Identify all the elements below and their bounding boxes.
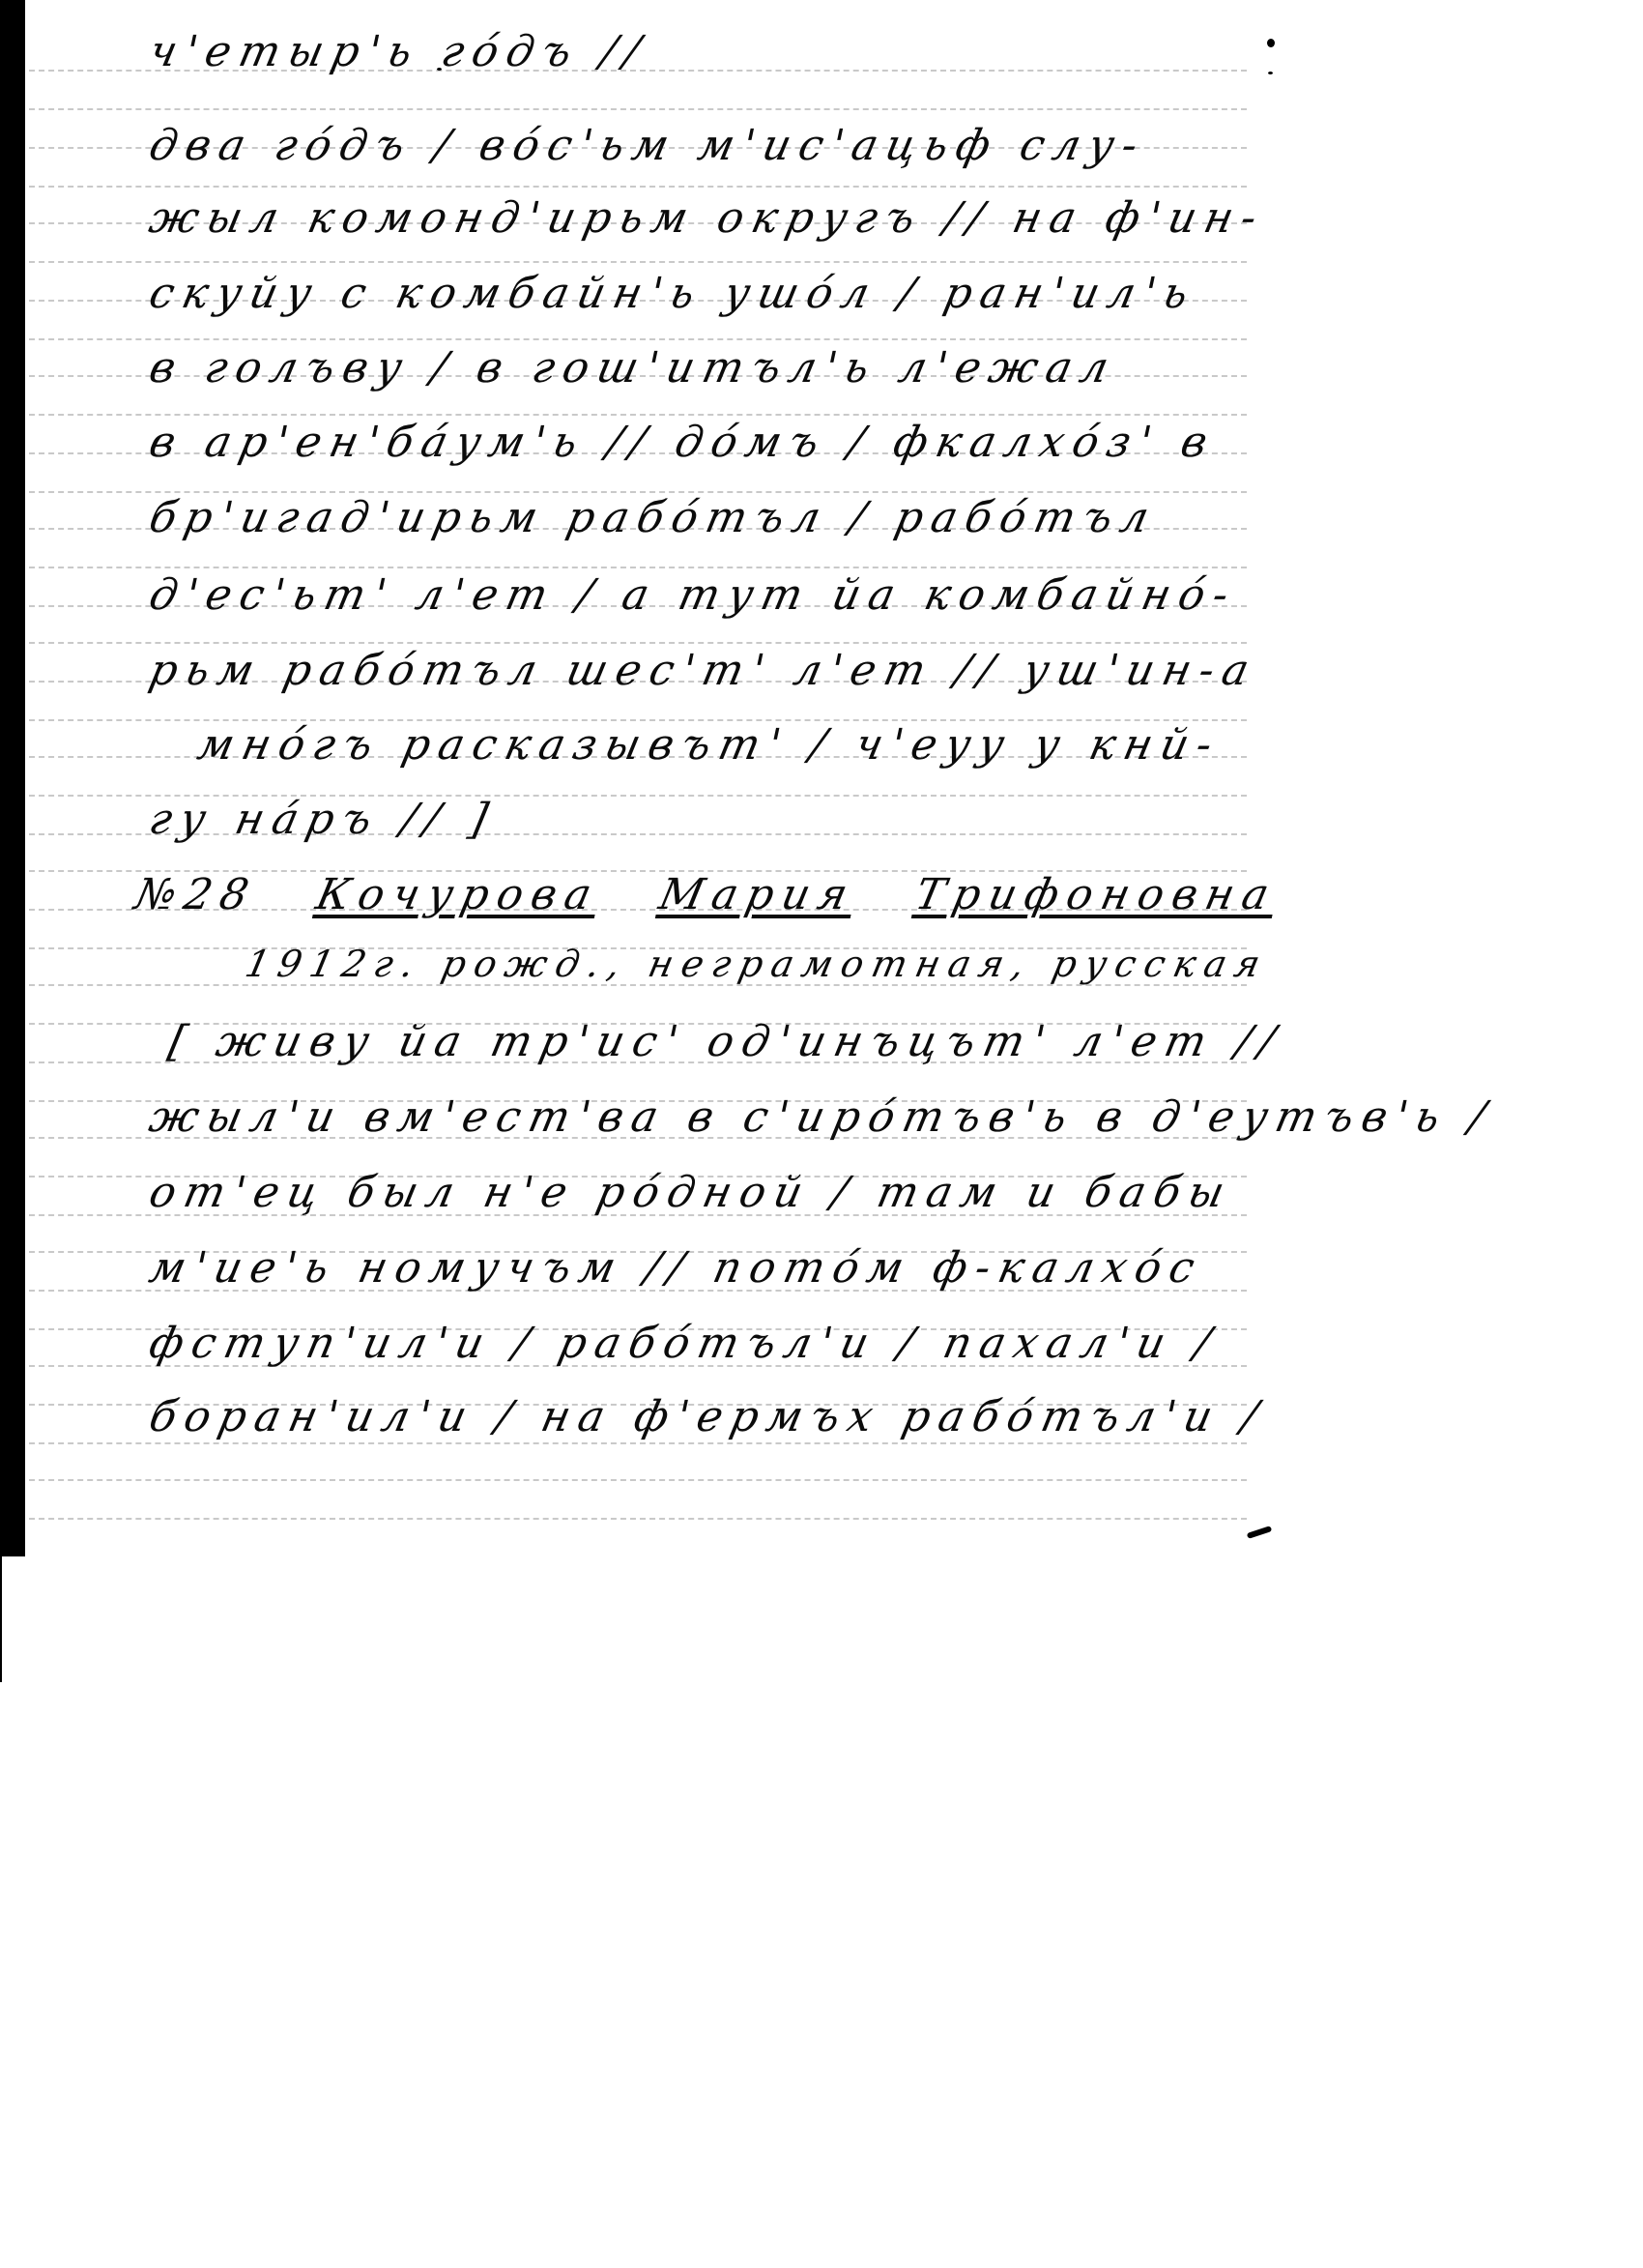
- informant-surname: Кочурова: [312, 870, 605, 919]
- handwritten-line: рьм рабóтъл шес'т' л'ет // уш'ин-а: [145, 646, 1262, 695]
- handwritten-line: скуйу с комбайн'ь ушóл / ран'ил'ь: [145, 269, 1201, 318]
- handwritten-line: мнóгъ расказывът' / ч'еуу у кнй-: [193, 720, 1225, 770]
- handwritten-line: м'ие'ь номучъм // потóм ф-калхóс: [145, 1243, 1207, 1293]
- scan-speck: [437, 68, 442, 71]
- ruled-line: [29, 108, 1247, 110]
- pen-stroke-mark: [1247, 1526, 1273, 1539]
- ruled-line: [29, 338, 1247, 340]
- entry-heading: №28 Кочурова Мария Трифоновна: [130, 870, 1282, 919]
- ruled-line: [29, 261, 1247, 263]
- handwritten-line: боран'ил'и / на ф'ермъх рабóтъл'и /: [145, 1392, 1271, 1441]
- ruled-line: [29, 567, 1247, 568]
- handwritten-line: от'ец был н'е рóдной / там и бабы: [145, 1168, 1237, 1217]
- handwritten-line: в ар'ен'бáум'ь // дóмъ / фкалхóз' в: [145, 418, 1221, 467]
- notebook-page: ч'етыр'ь гóдъ // два гóдъ / вóс'ьм м'ис'…: [0, 0, 1643, 1585]
- handwritten-line: бр'игад'ирьм рабóтъл / рабóтъл: [145, 493, 1162, 542]
- ruled-line: [29, 642, 1247, 644]
- ruled-line: [29, 1479, 1247, 1481]
- handwritten-line: д'ес'ьт' л'ет / а тут йа комбайнó-: [145, 570, 1242, 620]
- entry-number: №28: [130, 870, 261, 919]
- handwritten-line: фступ'ил'и / рабóтъл'и / пахал'и /: [145, 1319, 1224, 1368]
- scan-speck: [1268, 72, 1273, 74]
- handwritten-line: жыл'и вм'ест'ва в с'ирóтъв'ь в д'еутъв'ь…: [145, 1092, 1498, 1142]
- ruled-line: [29, 1518, 1247, 1520]
- informant-first-name: Мария: [655, 870, 861, 919]
- handwritten-line: ч'етыр'ь гóдъ //: [145, 27, 653, 76]
- handwritten-line: в голъву / в гош'итъл'ь л'ежал: [145, 343, 1121, 393]
- ruled-line: [29, 414, 1247, 416]
- handwritten-line: гу нáръ // ]: [145, 795, 501, 844]
- handwritten-line: два гóдъ / вóс'ьм м'ис'ацьф слу-: [145, 121, 1151, 170]
- handwritten-line: жыл комонд'ирьм округъ // на ф'ин-: [145, 193, 1270, 243]
- ruled-line: [29, 1442, 1247, 1444]
- scan-speck: [1267, 39, 1275, 47]
- scan-shadow-edge-lower: [0, 1556, 2, 1682]
- informant-patronymic: Трифоновна: [910, 870, 1282, 919]
- informant-info: 1912г. рожд., неграмотная, русская: [242, 943, 1273, 985]
- ruled-line: [29, 186, 1247, 188]
- scan-shadow-edge: [0, 0, 25, 1556]
- handwritten-line: [ живу йа тр'ис' од'инъцът' л'ет //: [164, 1017, 1288, 1066]
